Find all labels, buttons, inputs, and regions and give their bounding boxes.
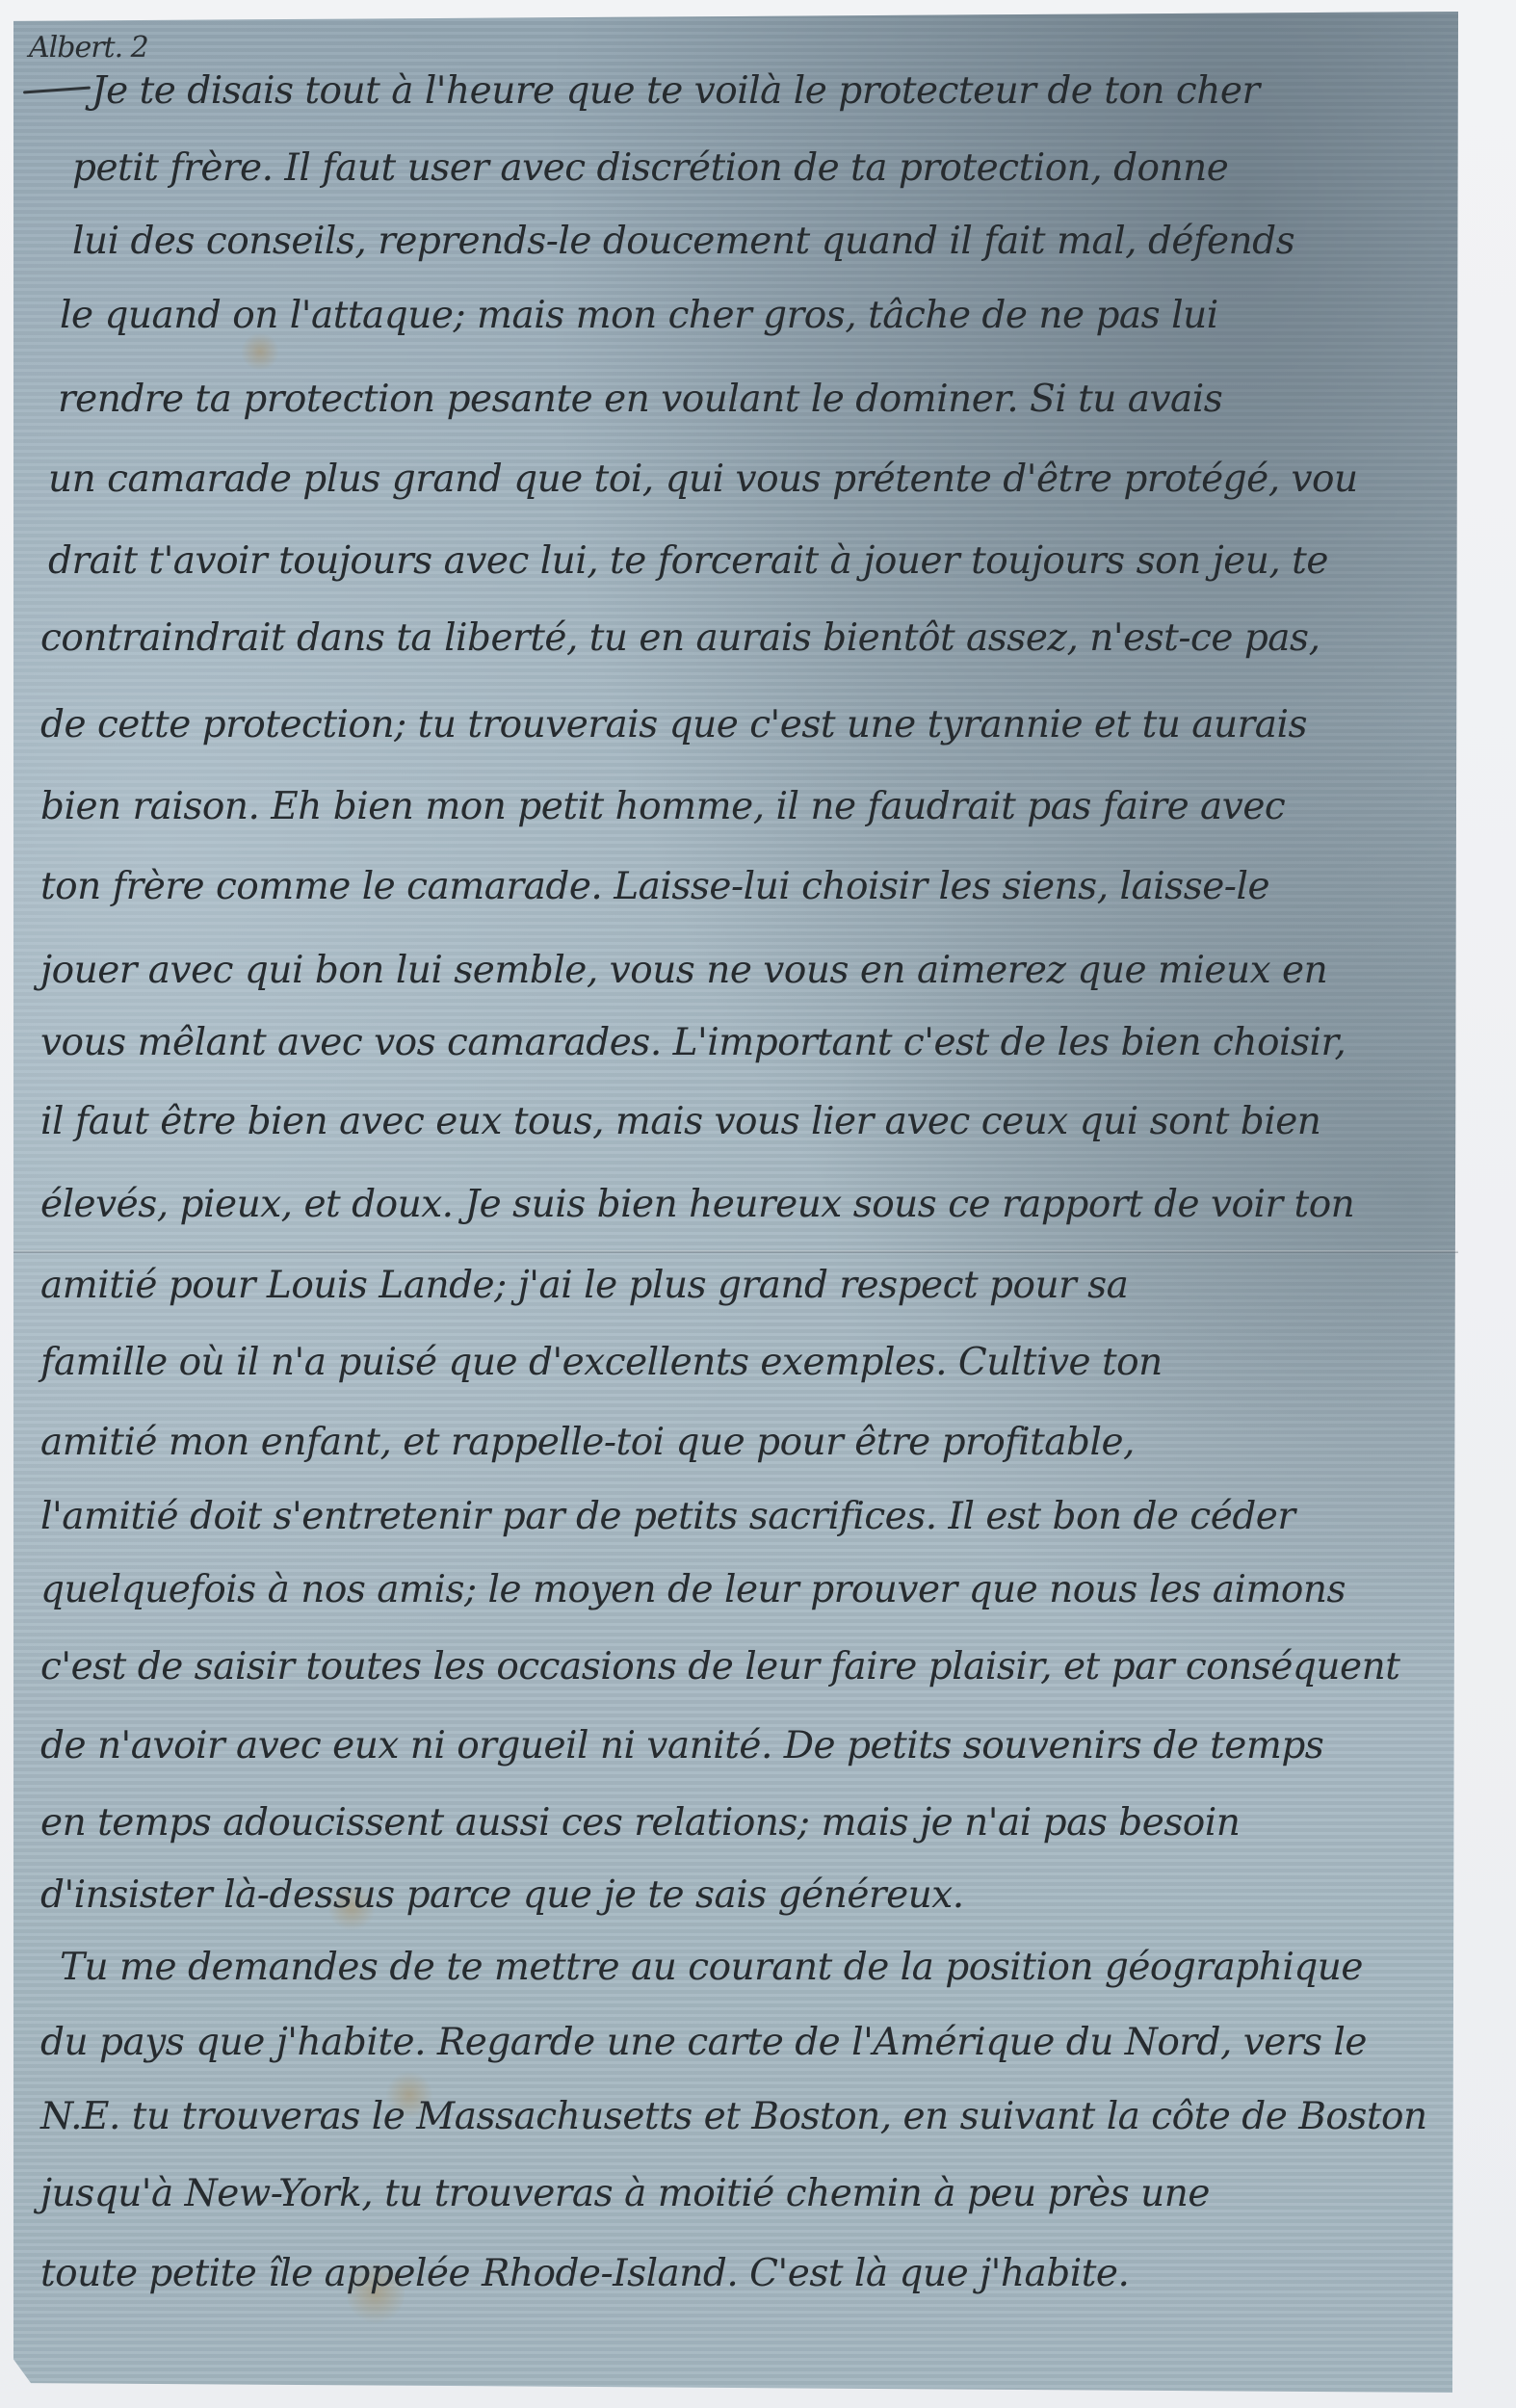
letter-line: il faut être bien avec eux tous, mais vo… bbox=[40, 1100, 1320, 1143]
letter-line: contraindrait dans ta liberté, tu en aur… bbox=[40, 616, 1320, 660]
letter-line: ton frère comme le camarade. Laisse-lui … bbox=[40, 865, 1269, 908]
letter-line: lui des conseils, reprends-le doucement … bbox=[72, 220, 1294, 263]
letter-line: jusqu'à New-York, tu trouveras à moitié … bbox=[40, 2172, 1210, 2215]
letter-line: du pays que j'habite. Regarde une carte … bbox=[40, 2021, 1367, 2064]
letter-line: bien raison. Eh bien mon petit homme, il… bbox=[40, 785, 1285, 828]
letter-line: famille où il n'a puisé que d'excellents… bbox=[40, 1341, 1163, 1384]
letter-line: drait t'avoir toujours avec lui, te forc… bbox=[48, 539, 1328, 583]
letter-line: quelquefois à nos amis; le moyen de leur… bbox=[40, 1568, 1346, 1611]
letter-line: d'insister là-dessus parce que je te sai… bbox=[40, 1873, 964, 1917]
letter-line: toute petite île appelée Rhode-Island. C… bbox=[40, 2252, 1129, 2295]
letter-line: le quand on l'attaque; mais mon cher gro… bbox=[60, 294, 1218, 337]
letter-line: élevés, pieux, et doux. Je suis bien heu… bbox=[40, 1183, 1354, 1226]
letter-line: Tu me demandes de te mettre au courant d… bbox=[60, 1946, 1363, 1989]
letter-line: vous mêlant avec vos camarades. L'import… bbox=[40, 1021, 1346, 1064]
letter-line: jouer avec qui bon lui semble, vous ne v… bbox=[40, 949, 1327, 992]
letter-line: amitié pour Louis Lande; j'ai le plus gr… bbox=[40, 1264, 1128, 1307]
letter-line: rendre ta protection pesante en voulant … bbox=[58, 378, 1222, 421]
letter-line: en temps adoucissent aussi ces relations… bbox=[40, 1801, 1240, 1845]
letter-line: un camarade plus grand que toi, qui vous… bbox=[48, 458, 1358, 501]
letter-line: de n'avoir avec eux ni orgueil ni vanité… bbox=[40, 1724, 1323, 1767]
letter-line: l'amitié doit s'entretenir par de petits… bbox=[40, 1495, 1295, 1538]
letter-line: amitié mon enfant, et rappelle-toi que p… bbox=[40, 1421, 1135, 1464]
letter-line: de cette protection; tu trouverais que c… bbox=[40, 703, 1307, 746]
letter-body: Je te disais tout à l'heure que te voilà… bbox=[0, 0, 1516, 2408]
letter-line: N.E. tu trouveras le Massachusetts et Bo… bbox=[40, 2095, 1427, 2138]
letter-line: petit frère. Il faut user avec discrétio… bbox=[72, 146, 1228, 190]
letter-line: Je te disais tout à l'heure que te voilà… bbox=[91, 69, 1260, 113]
letter-line: c'est de saisir toutes les occasions de … bbox=[40, 1645, 1399, 1688]
